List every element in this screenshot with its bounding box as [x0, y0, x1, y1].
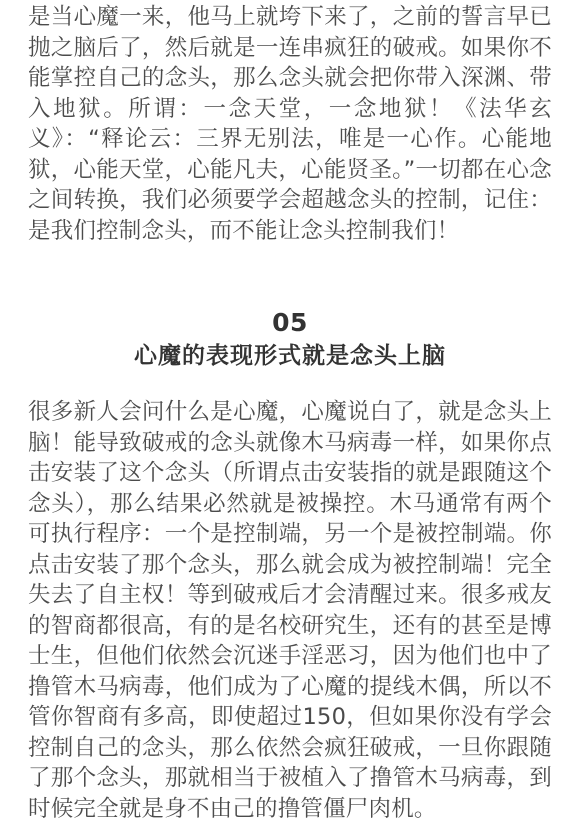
paragraph-continuation: 是当心魔一来，他马上就垮下来了，之前的誓言早已抛之脑后了，然后就是一连串疯狂的破…: [28, 2, 552, 246]
section-title: 心魔的表现形式就是念头上脑: [28, 340, 552, 373]
paragraph-body: 很多新人会问什么是心魔，心魔说白了，就是念头上脑！能导致破戒的念头就像木马病毒一…: [28, 397, 552, 824]
section-heading: 05 心魔的表现形式就是念头上脑: [28, 308, 552, 373]
section-number: 05: [28, 308, 552, 338]
article-page: 是当心魔一来，他马上就垮下来了，之前的誓言早已抛之脑后了，然后就是一连串疯狂的破…: [0, 0, 580, 825]
